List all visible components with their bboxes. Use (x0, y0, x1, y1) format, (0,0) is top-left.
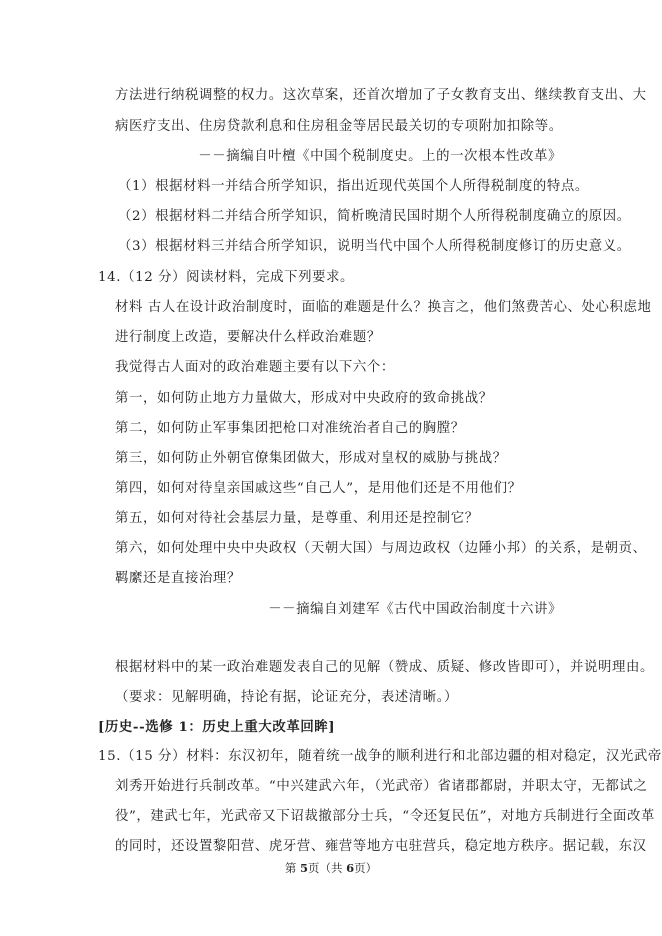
question-14-header: 14.（12 分）阅读材料，完成下列要求。 (98, 270, 354, 286)
subquestion-2: （2）根据材料二并结合所学知识，简析晚清民国时期个人所得税制度确立的原因。 (118, 209, 631, 225)
paragraph-line: 方法进行纳税调整的权力。这次草案，还首次增加了子女教育支出、继续教育支出、大 (115, 88, 647, 104)
footer-middle: 页（共 (308, 861, 346, 875)
question-14-requirement: （要求：见解明确，持论有据，论证充分，表述清晰。） (115, 690, 458, 706)
total-page-count: 6 (346, 861, 354, 875)
current-page-number: 5 (300, 861, 308, 875)
material-line: 第一，如何防止地方力量做大，形成对中央政府的致命挑战？ (115, 391, 493, 407)
question-15-line: 刘秀开始进行兵制改革。“中兴建武六年，（光武帝）省诸郡都尉，并职太守，无都试之 (115, 779, 647, 795)
question-15-line: 的同时，还设置黎阳营、虎牙营、雍营等地方屯驻营兵，稳定地方秩序。据记载，东汉 (115, 839, 647, 855)
material-line: 进行制度上改造，要解决什么样政治难题？ (115, 330, 381, 346)
subquestion-1: （1）根据材料一并结合所学知识，指出近现代英国个人所得税制度的特点。 (118, 179, 589, 195)
material-line: 羁縻还是直接治理？ (115, 571, 241, 587)
question-14-task: 根据材料中的某一政治难题发表自己的见解（赞成、质疑、修改皆即可），并说明理由。 (115, 660, 654, 676)
paragraph-line: 病医疗支出、住房贷款利息和住房租金等居民最关切的专项附加扣除等。 (115, 119, 563, 135)
question-15-line: 15.（15 分）材料：东汉初年，随着统一战争的顺利进行和北部边疆的相对稳定，汉… (98, 749, 662, 765)
citation-source: －－摘编自叶檀《中国个税制度史。上的一次根本性改革》 (198, 149, 562, 165)
section-title: [历史--选修 1：历史上重大改革回眸] (98, 719, 335, 735)
footer-prefix: 第 (285, 861, 300, 875)
material-line: 我觉得古人面对的政治难题主要有以下六个： (115, 360, 395, 376)
material-line: 第三，如何防止外朝官僚集团做大，形成对皇权的威胁与挑战？ (115, 451, 507, 467)
material-line: 材料 古人在设计政治制度时，面临的难题是什么？换言之，他们煞费苦心、处心积虑地 (115, 300, 652, 316)
subquestion-3: （3）根据材料三并结合所学知识，说明当代中国个人所得税制度修订的历史意义。 (118, 239, 631, 255)
material-line: 第四，如何对待皇亲国戚这些“自己人”，是用他们还是不用他们？ (115, 481, 522, 497)
footer-suffix: 页） (354, 861, 377, 875)
document-page: 方法进行纳税调整的权力。这次草案，还首次增加了子女教育支出、继续教育支出、大 病… (0, 0, 662, 936)
question-15-line: 役”，建武七年，光武帝又下诏裁撤部分士兵，“令还复民伍”，对地方兵制进行全面改革 (115, 809, 655, 825)
material-line: 第二，如何防止军事集团把枪口对准统治者自己的胸膛？ (115, 421, 465, 437)
citation-source: －－摘编自刘建军《古代中国政治制度十六讲》 (268, 602, 562, 618)
material-line: 第五，如何对待社会基层力量，是尊重、利用还是控制它？ (115, 511, 479, 527)
material-line: 第六，如何处理中央中央政权（天朝大国）与周边政权（边陲小邦）的关系，是朝贡、 (115, 541, 647, 557)
page-footer: 第 5页（共 6页） (0, 860, 662, 876)
